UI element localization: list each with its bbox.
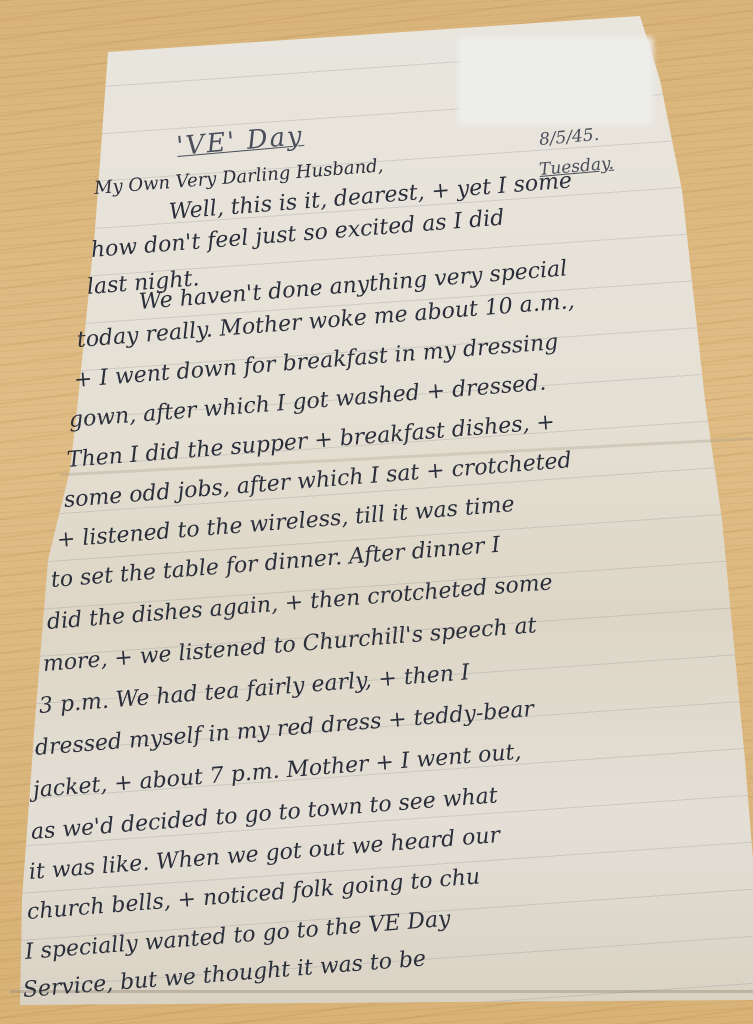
redacted-address xyxy=(458,37,653,125)
